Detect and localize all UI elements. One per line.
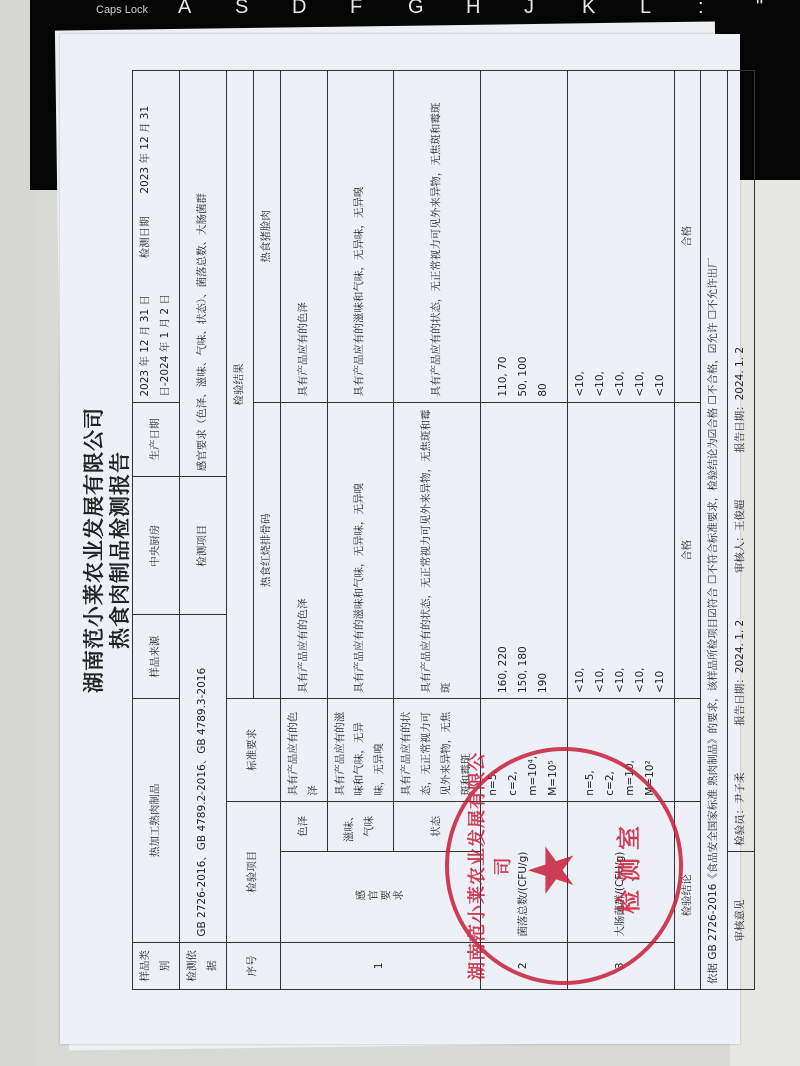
keyboard-key: S xyxy=(235,0,248,19)
row-result-b: 具有产品应有的色泽 xyxy=(280,71,327,403)
star-icon: ★ xyxy=(521,842,583,898)
keyboard-key: D xyxy=(292,0,306,19)
seal-company-text: 湖南范小莱农业发展有限公司 xyxy=(463,751,515,981)
row-item: 色泽 xyxy=(280,801,327,851)
row-result-b: <10,<10,<10,<10,<10 xyxy=(567,71,674,403)
keyboard-key: " xyxy=(756,0,763,19)
table-row: 1 感官要求 色泽 具有产品应有的色泽 具有产品应有的色泽 具有产品应有的色泽 xyxy=(280,71,327,990)
row-result-a: 具有产品应有的滋味和气味，无异味，无异嗅 xyxy=(327,402,394,698)
keyboard-key: G xyxy=(408,0,424,19)
row-result-a: <10,<10,<10,<10,<10 xyxy=(567,402,674,698)
keyboard-key: F xyxy=(350,0,362,19)
row-standard: 具有产品应有的色泽 xyxy=(280,699,327,802)
conclusion-b: 合格 xyxy=(674,71,701,403)
items: 感官要求（色泽、滋味、气味、状态）、菌落总数、大肠菌群 xyxy=(179,71,226,477)
sample-a-name: 热食红烧排骨码 xyxy=(253,402,280,698)
keyboard-key: J xyxy=(524,0,534,19)
signature-row: 审核意见 检验员：尹子柔 报告日期：2024. 1. 2 审核人：王俊超 报告日… xyxy=(728,71,755,990)
seal-dept-text: 检测室 xyxy=(609,751,644,981)
row-result-b: 具有产品应有的滋味和气味，无异味，无异嗅 xyxy=(327,71,394,403)
sample-b-name: 热食猪脸肉 xyxy=(253,71,280,403)
items-label: 检测项目 xyxy=(179,477,226,615)
test-report-document: 湖南范小莱农业发展有限公司 热食肉制品检测报告 样品类别 热加工熟肉制品 样品来… xyxy=(60,60,720,1040)
production-date: 2023 年 12 月 31 日 xyxy=(139,295,151,397)
row-result-a: 具有产品应有的状态，无正常视力可见外来异物，无焦斑和霉斑 xyxy=(394,402,481,698)
sample-source-label: 样品来源 xyxy=(133,615,180,699)
sample-source: 中央厨房 xyxy=(133,477,180,615)
keyboard-key: L xyxy=(640,0,651,19)
basis: GB 2726-2016、GB 4789.2-2016、GB 4789.3-20… xyxy=(179,615,226,942)
reviewer: 审核人：王俊超 xyxy=(734,500,746,574)
row-result-b: 具有产品应有的状态，无正常视力可见外来异物，无焦斑和霉斑 xyxy=(394,71,481,403)
report-title: 热食肉制品检测报告 xyxy=(104,60,134,1040)
keyboard-key: : xyxy=(698,0,704,19)
company-seal: 湖南范小莱农业发展有限公司 ★ 检测室 xyxy=(445,747,683,985)
judgement-row: 依据 GB 2726-2016《食品安全国家标准 熟肉制品》的要求，该样品所检项… xyxy=(701,71,728,990)
signatures: 检验员：尹子柔 报告日期：2024. 1. 2 审核人：王俊超 报告日期：202… xyxy=(728,71,755,852)
production-date-and-test-date: 2023 年 12 月 31 日 检测日期 2023 年 12 月 31 日-2… xyxy=(133,71,180,403)
review-label: 审核意见 xyxy=(728,851,755,989)
production-date-label: 生产日期 xyxy=(133,402,180,477)
row-seq: 1 xyxy=(280,942,480,989)
header-row-2: 检测依据 GB 2726-2016、GB 4789.2-2016、GB 4789… xyxy=(179,71,226,990)
conclusion-a: 合格 xyxy=(674,402,701,698)
basis-label: 检测依据 xyxy=(179,942,226,989)
col-result: 检验结果 xyxy=(226,71,253,699)
inspector: 检验员：尹子柔 xyxy=(734,772,746,846)
sample-category-label: 样品类别 xyxy=(133,942,180,989)
col-seq: 序号 xyxy=(226,942,280,989)
row-result-a: 具有产品应有的色泽 xyxy=(280,402,327,698)
test-date-label: 检测日期 xyxy=(139,216,151,258)
row-item: 滋味、气味 xyxy=(327,801,394,851)
row-result-b: 110, 7050, 10080 xyxy=(481,71,568,403)
col-standard: 标准要求 xyxy=(226,699,280,802)
column-header-row: 序号 检验项目 标准要求 检验结果 xyxy=(226,71,253,990)
sample-category: 热加工熟肉制品 xyxy=(133,699,180,943)
keyboard-key: K xyxy=(582,0,595,19)
col-item: 检验项目 xyxy=(226,801,280,942)
report-date-1: 报告日期：2024. 1. 2 xyxy=(734,620,746,726)
keyboard-key: A xyxy=(178,0,191,19)
row-standard: 具有产品应有的滋味和气味，无异味，无异嗅 xyxy=(327,699,394,802)
report-date-2: 报告日期：2024. 1. 2 xyxy=(734,347,746,453)
header-row-1: 样品类别 热加工熟肉制品 样品来源 中央厨房 生产日期 2023 年 12 月 … xyxy=(133,71,180,990)
keyboard-key: H xyxy=(466,0,480,19)
row-result-a: 160, 220150, 180190 xyxy=(481,402,568,698)
judgement-text: 依据 GB 2726-2016《食品安全国家标准 熟肉制品》的要求，该样品所检项… xyxy=(701,71,728,990)
